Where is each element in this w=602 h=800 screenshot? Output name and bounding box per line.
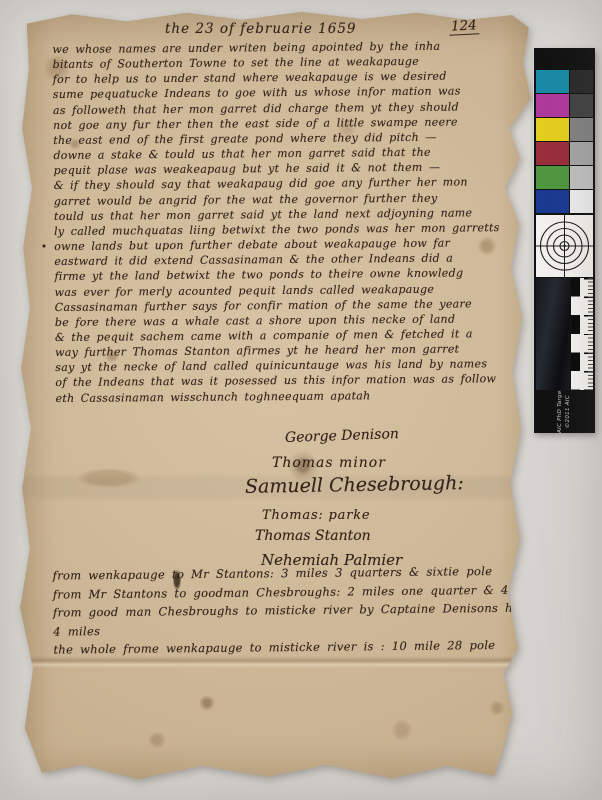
gloss-black-patch bbox=[536, 278, 570, 390]
target-label: AIC PhD Target ©2011 AIC bbox=[534, 390, 595, 433]
patch-magenta bbox=[536, 94, 569, 117]
distance-notes: from wenkapauge to Mr Stantons: 3 miles … bbox=[53, 561, 550, 659]
ruler bbox=[571, 278, 593, 390]
ruler-mm-ticks bbox=[580, 278, 593, 390]
patch-row bbox=[536, 166, 593, 189]
signature-block: George DenisonThomas minorSamuell Cheseb… bbox=[17, 8, 535, 794]
target-label-line2: ©2011 AIC bbox=[564, 390, 572, 433]
photograph-of-manuscript: 124 the 23 of februarie 1659 • we whose … bbox=[0, 0, 602, 800]
registration-target-icon bbox=[536, 215, 593, 277]
patch-gray-4 bbox=[570, 142, 593, 165]
patch-white bbox=[570, 190, 593, 213]
patch-blue bbox=[536, 190, 569, 213]
patch-yellow bbox=[536, 118, 569, 141]
signature: Thomas: parke bbox=[262, 508, 370, 523]
patch-row bbox=[536, 142, 593, 165]
patch-gray-3 bbox=[570, 118, 593, 141]
patch-row bbox=[536, 70, 593, 93]
patch-gray-5 bbox=[570, 166, 593, 189]
target-label-line1: AIC PhD Target bbox=[556, 390, 564, 433]
patch-row bbox=[536, 118, 593, 141]
target-bottom-section bbox=[536, 278, 593, 390]
signature: George Denison bbox=[285, 426, 399, 446]
target-black-header bbox=[534, 48, 595, 70]
patch-green bbox=[536, 166, 569, 189]
color-patch-grid bbox=[534, 70, 595, 214]
patch-gray-2 bbox=[570, 94, 593, 117]
patch-row bbox=[536, 190, 593, 213]
calibration-target: AIC PhD Target ©2011 AIC bbox=[533, 48, 595, 433]
ruler-cm-bars bbox=[571, 278, 580, 390]
signature: Thomas minor bbox=[272, 455, 386, 471]
signature: Samuell Chesebrough: bbox=[245, 472, 464, 498]
paper-sheet: 124 the 23 of februarie 1659 • we whose … bbox=[17, 8, 535, 794]
manuscript-page: 124 the 23 of februarie 1659 • we whose … bbox=[17, 8, 535, 794]
patch-gray-1 bbox=[570, 70, 593, 93]
patch-row bbox=[536, 94, 593, 117]
patch-dark-red bbox=[536, 142, 569, 165]
signature: Thomas Stanton bbox=[255, 528, 371, 544]
patch-cyan bbox=[536, 70, 569, 93]
